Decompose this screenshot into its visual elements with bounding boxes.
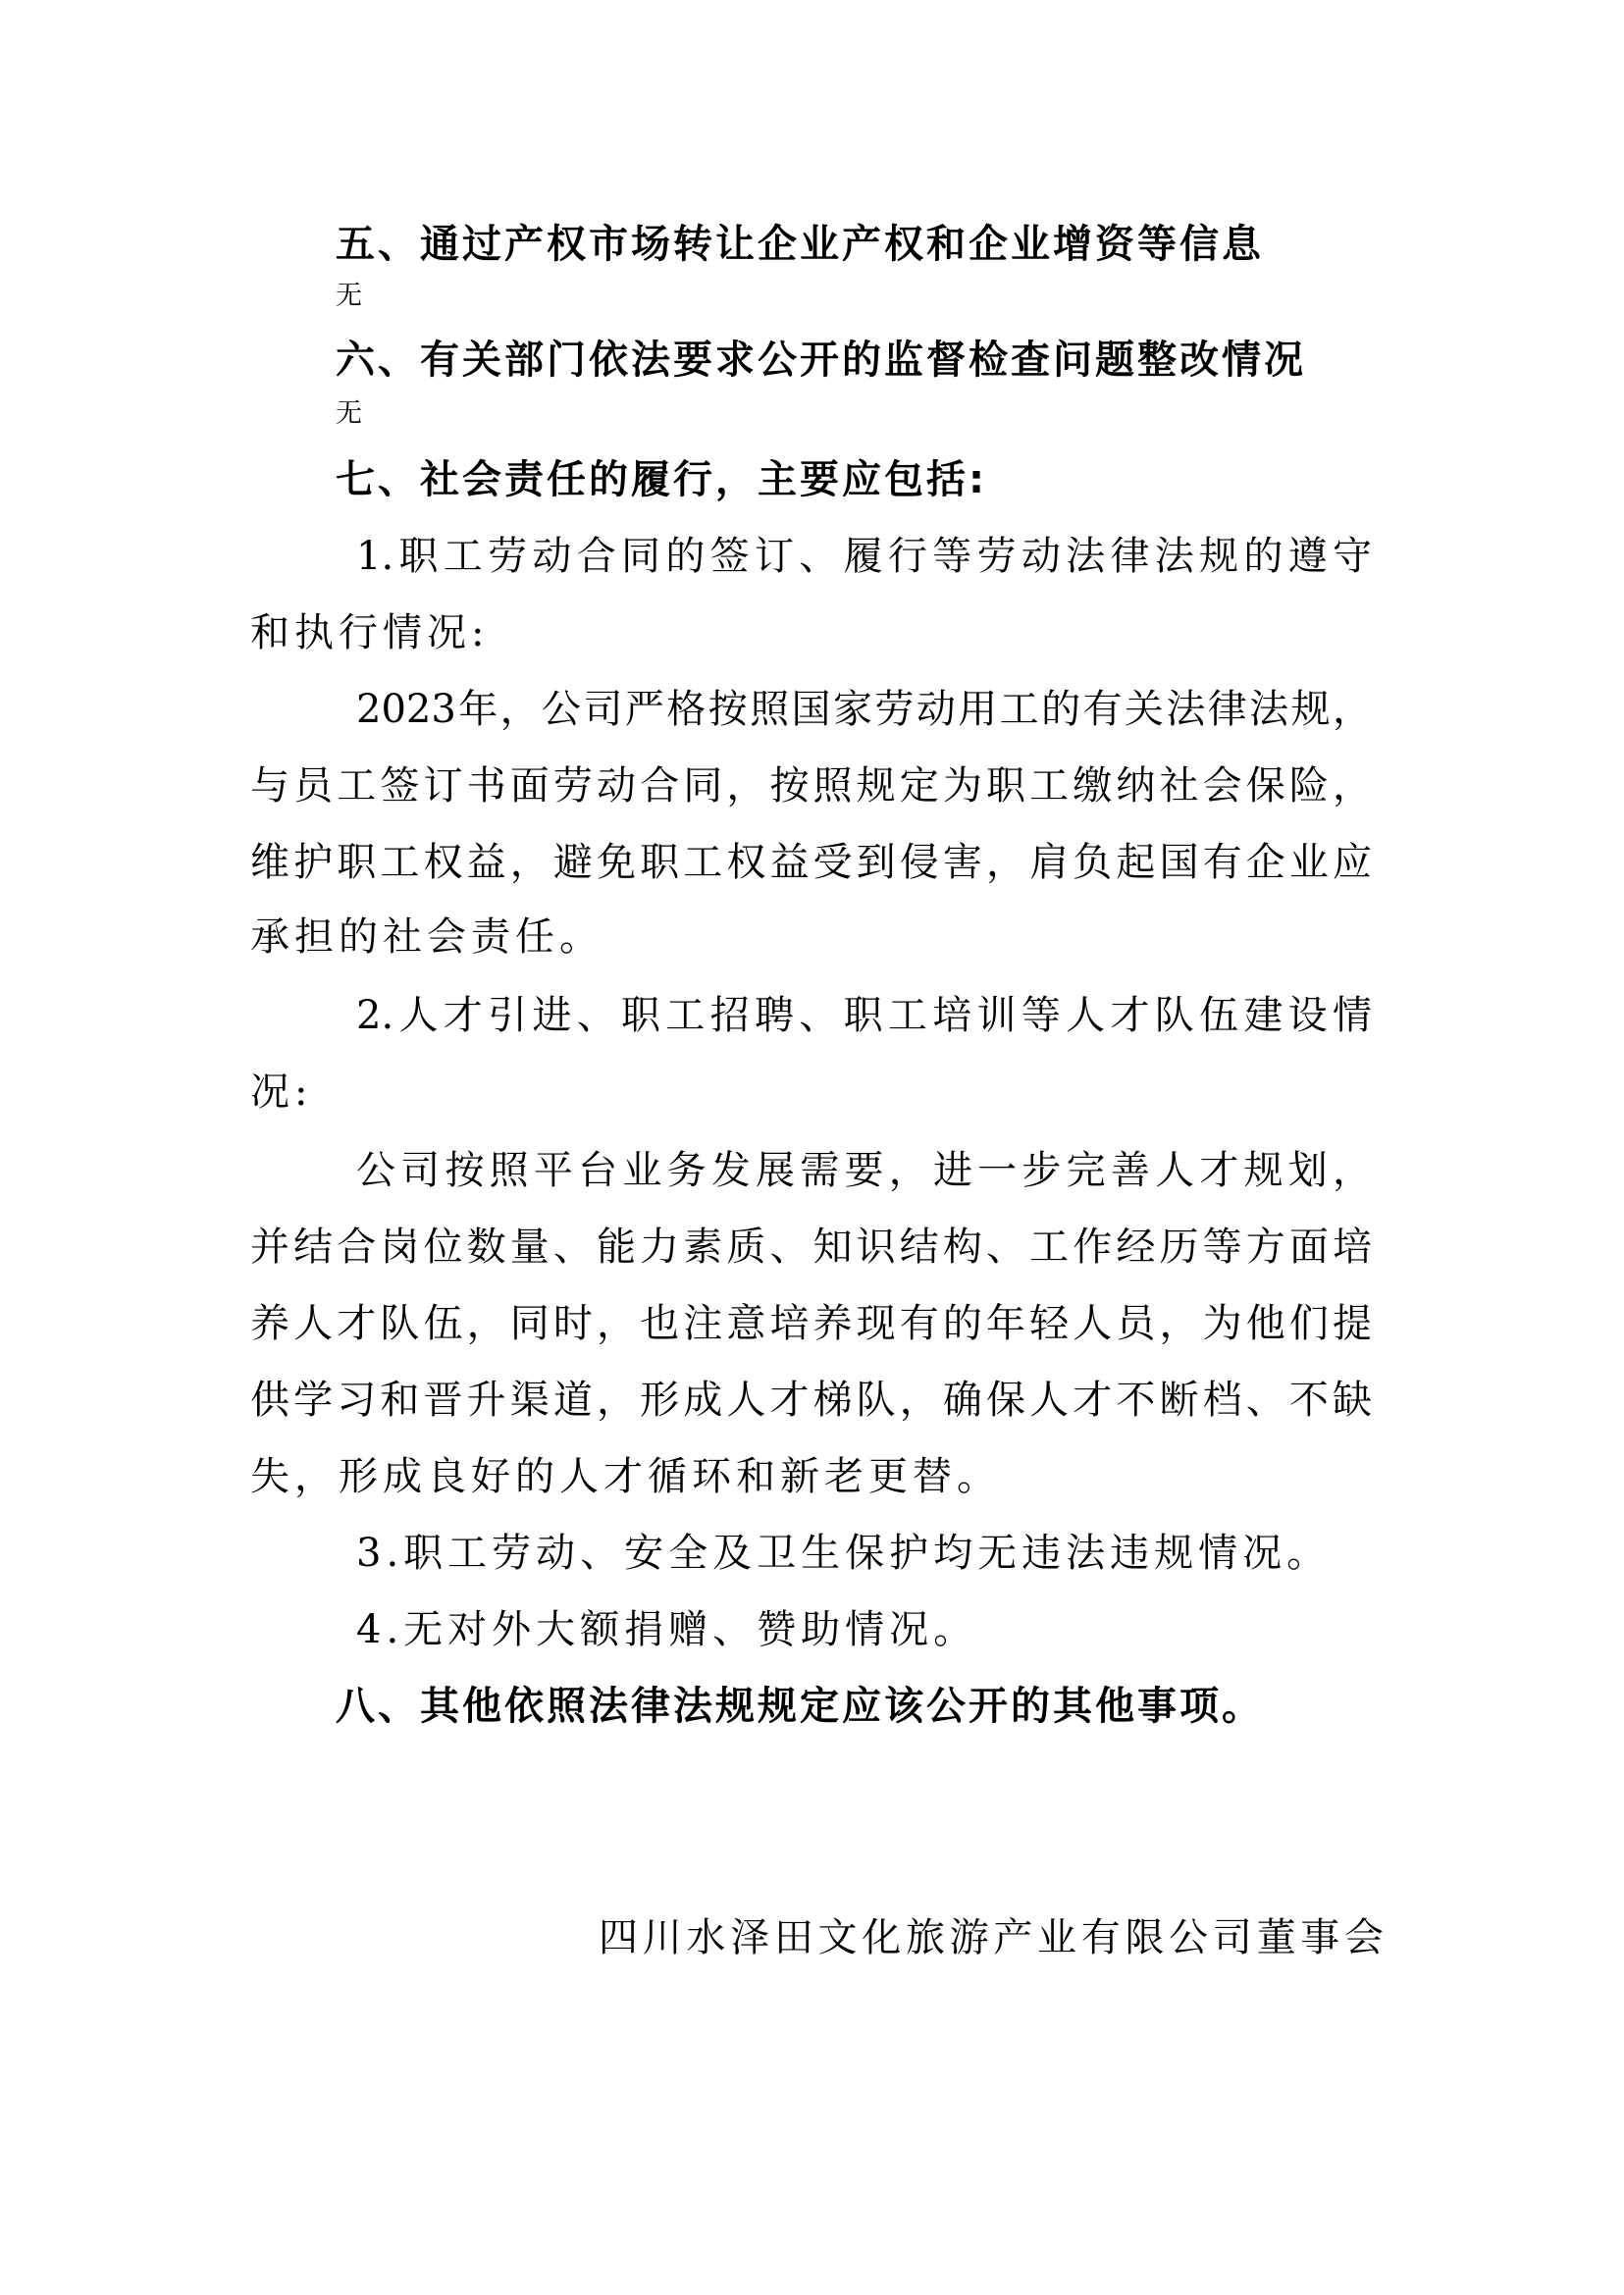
item-1-body-line-2: 与员工签订书面劳动合同，按照规定为职工缴纳社会保险， (250, 766, 1372, 809)
item-4-line: 4.无对外大额捐赠、赞助情况。 (356, 1610, 977, 1653)
item-2-body-line-4: 供学习和晋升渠道，形成人才梯队，确保人才不断档、不缺 (250, 1381, 1372, 1424)
item-2-body-line-5: 失，形成良好的人才循环和新老更替。 (250, 1457, 1001, 1500)
section-5-heading: 五、通过产权市场转让企业产权和企业增资等信息 (336, 225, 1264, 264)
item-1-title-line-1: 1.职工劳动合同的签订、履行等劳动法律法规的遵守 (356, 537, 1372, 580)
section-5-content: 无 (336, 283, 362, 309)
section-7-heading: 七、社会责任的履行，主要应包括: (336, 460, 987, 499)
item-1-body-line-3: 维护职工权益，避免职工权益受到侵害，肩负起国有企业应 (250, 843, 1372, 886)
item-1-title-line-2: 和执行情况: (250, 613, 489, 656)
item-1-body-line-1: 2023年，公司严格按照国家劳动用工的有关法律法规， (356, 690, 1372, 733)
item-1-body-line-4: 承担的社会责任。 (250, 917, 603, 961)
section-8-heading: 八、其他依照法律法规规定应该公开的其他事项。 (336, 1687, 1264, 1726)
item-2-title-line-1: 2.人才引进、职工招聘、职工培训等人才队伍建设情 (356, 996, 1372, 1039)
signature-organization: 四川水泽田文化旅游产业有限公司董事会 (599, 1918, 1384, 1957)
item-2-body-line-3: 养人才队伍，同时，也注意培养现有的年轻人员，为他们提 (250, 1304, 1372, 1347)
section-6-content: 无 (336, 400, 362, 427)
section-6-heading: 六、有关部门依法要求公开的监督检查问题整改情况 (336, 340, 1306, 380)
item-3-line: 3.职工劳动、安全及卫生保护均无违法违规情况。 (356, 1534, 1331, 1577)
document-page: 五、通过产权市场转让企业产权和企业增资等信息 无 六、有关部门依法要求公开的监督… (0, 0, 1624, 2295)
item-2-body-line-2: 并结合岗位数量、能力素质、知识结构、工作经历等方面培 (250, 1227, 1372, 1271)
item-2-body-line-1: 公司按照平台业务发展需要，进一步完善人才规划， (356, 1151, 1372, 1194)
item-2-title-line-2: 况: (250, 1072, 312, 1116)
